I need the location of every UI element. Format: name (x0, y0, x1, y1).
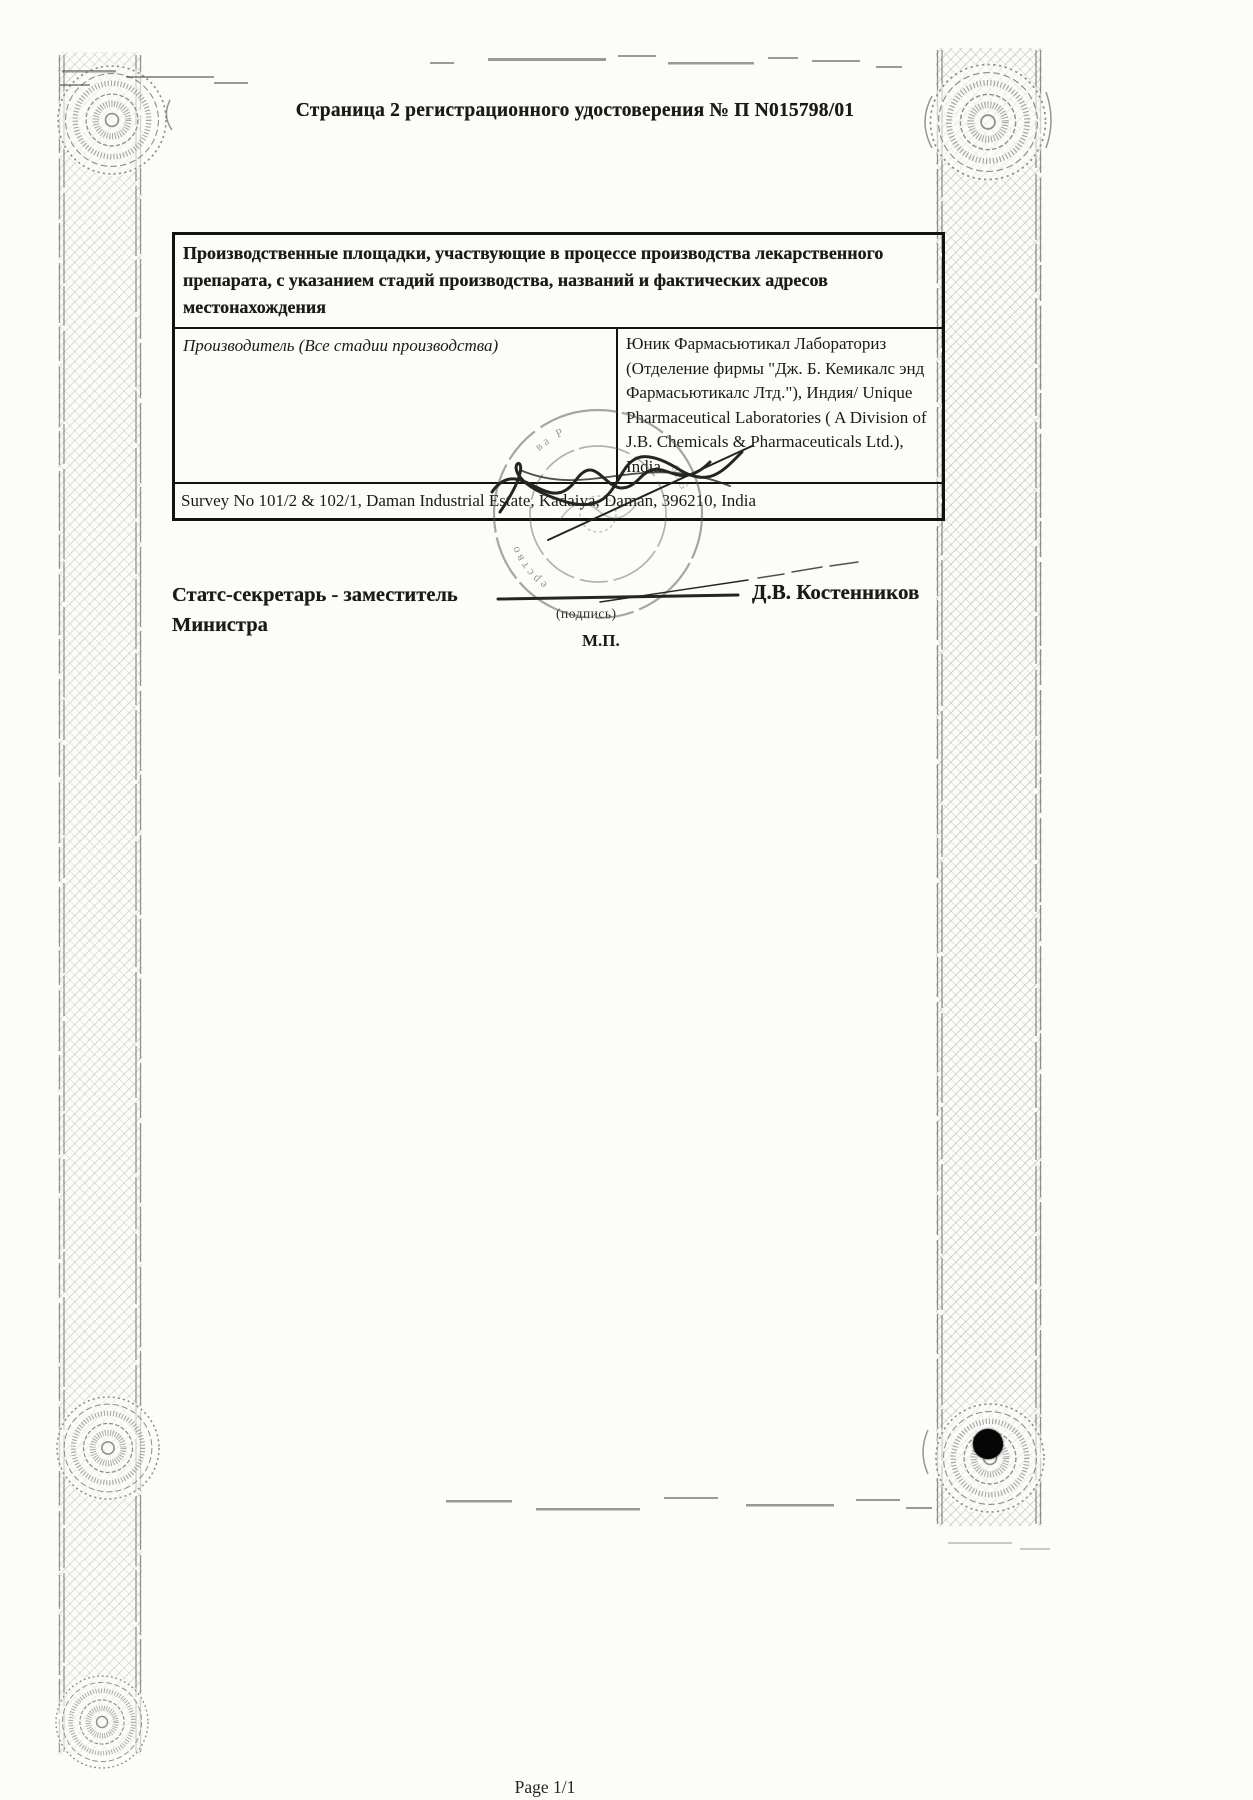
rosette-bottom-left (55, 1395, 161, 1501)
scan-artifact-dot (973, 1429, 1003, 1459)
signer-position-line1: Статс-секретарь - заместитель (172, 580, 458, 610)
production-sites-table: Производственные площадки, участвующие в… (172, 232, 945, 521)
signer-position: Статс-секретарь - заместитель Министра (172, 580, 458, 640)
signature-caption: (подпись) (556, 606, 617, 622)
rosette-top-right (928, 62, 1048, 182)
scanned-certificate-page: Страница 2 регистрационного удостоверени… (0, 0, 1253, 1800)
page-number: Page 1/1 (0, 1777, 1090, 1798)
seal-mark-label: М.П. (582, 631, 620, 651)
address-cell: Survey No 101/2 & 102/1, Daman Industria… (175, 484, 942, 518)
right-border-band (936, 48, 1042, 1526)
table-header-cell: Производственные площадки, участвующие в… (175, 235, 942, 329)
page-title: Страница 2 регистрационного удостоверени… (0, 100, 1150, 122)
signer-position-line2: Министра (172, 610, 458, 640)
manufacturer-role-cell: Производитель (Все стадии производства) (175, 329, 618, 482)
signer-name: Д.В. Костенников (752, 580, 919, 605)
rosette-corner-left (54, 1674, 150, 1770)
table-row: Производитель (Все стадии производства) … (175, 329, 942, 484)
manufacturer-name-cell: Юник Фармасьютикал Лабораториз (Отделени… (618, 329, 942, 482)
